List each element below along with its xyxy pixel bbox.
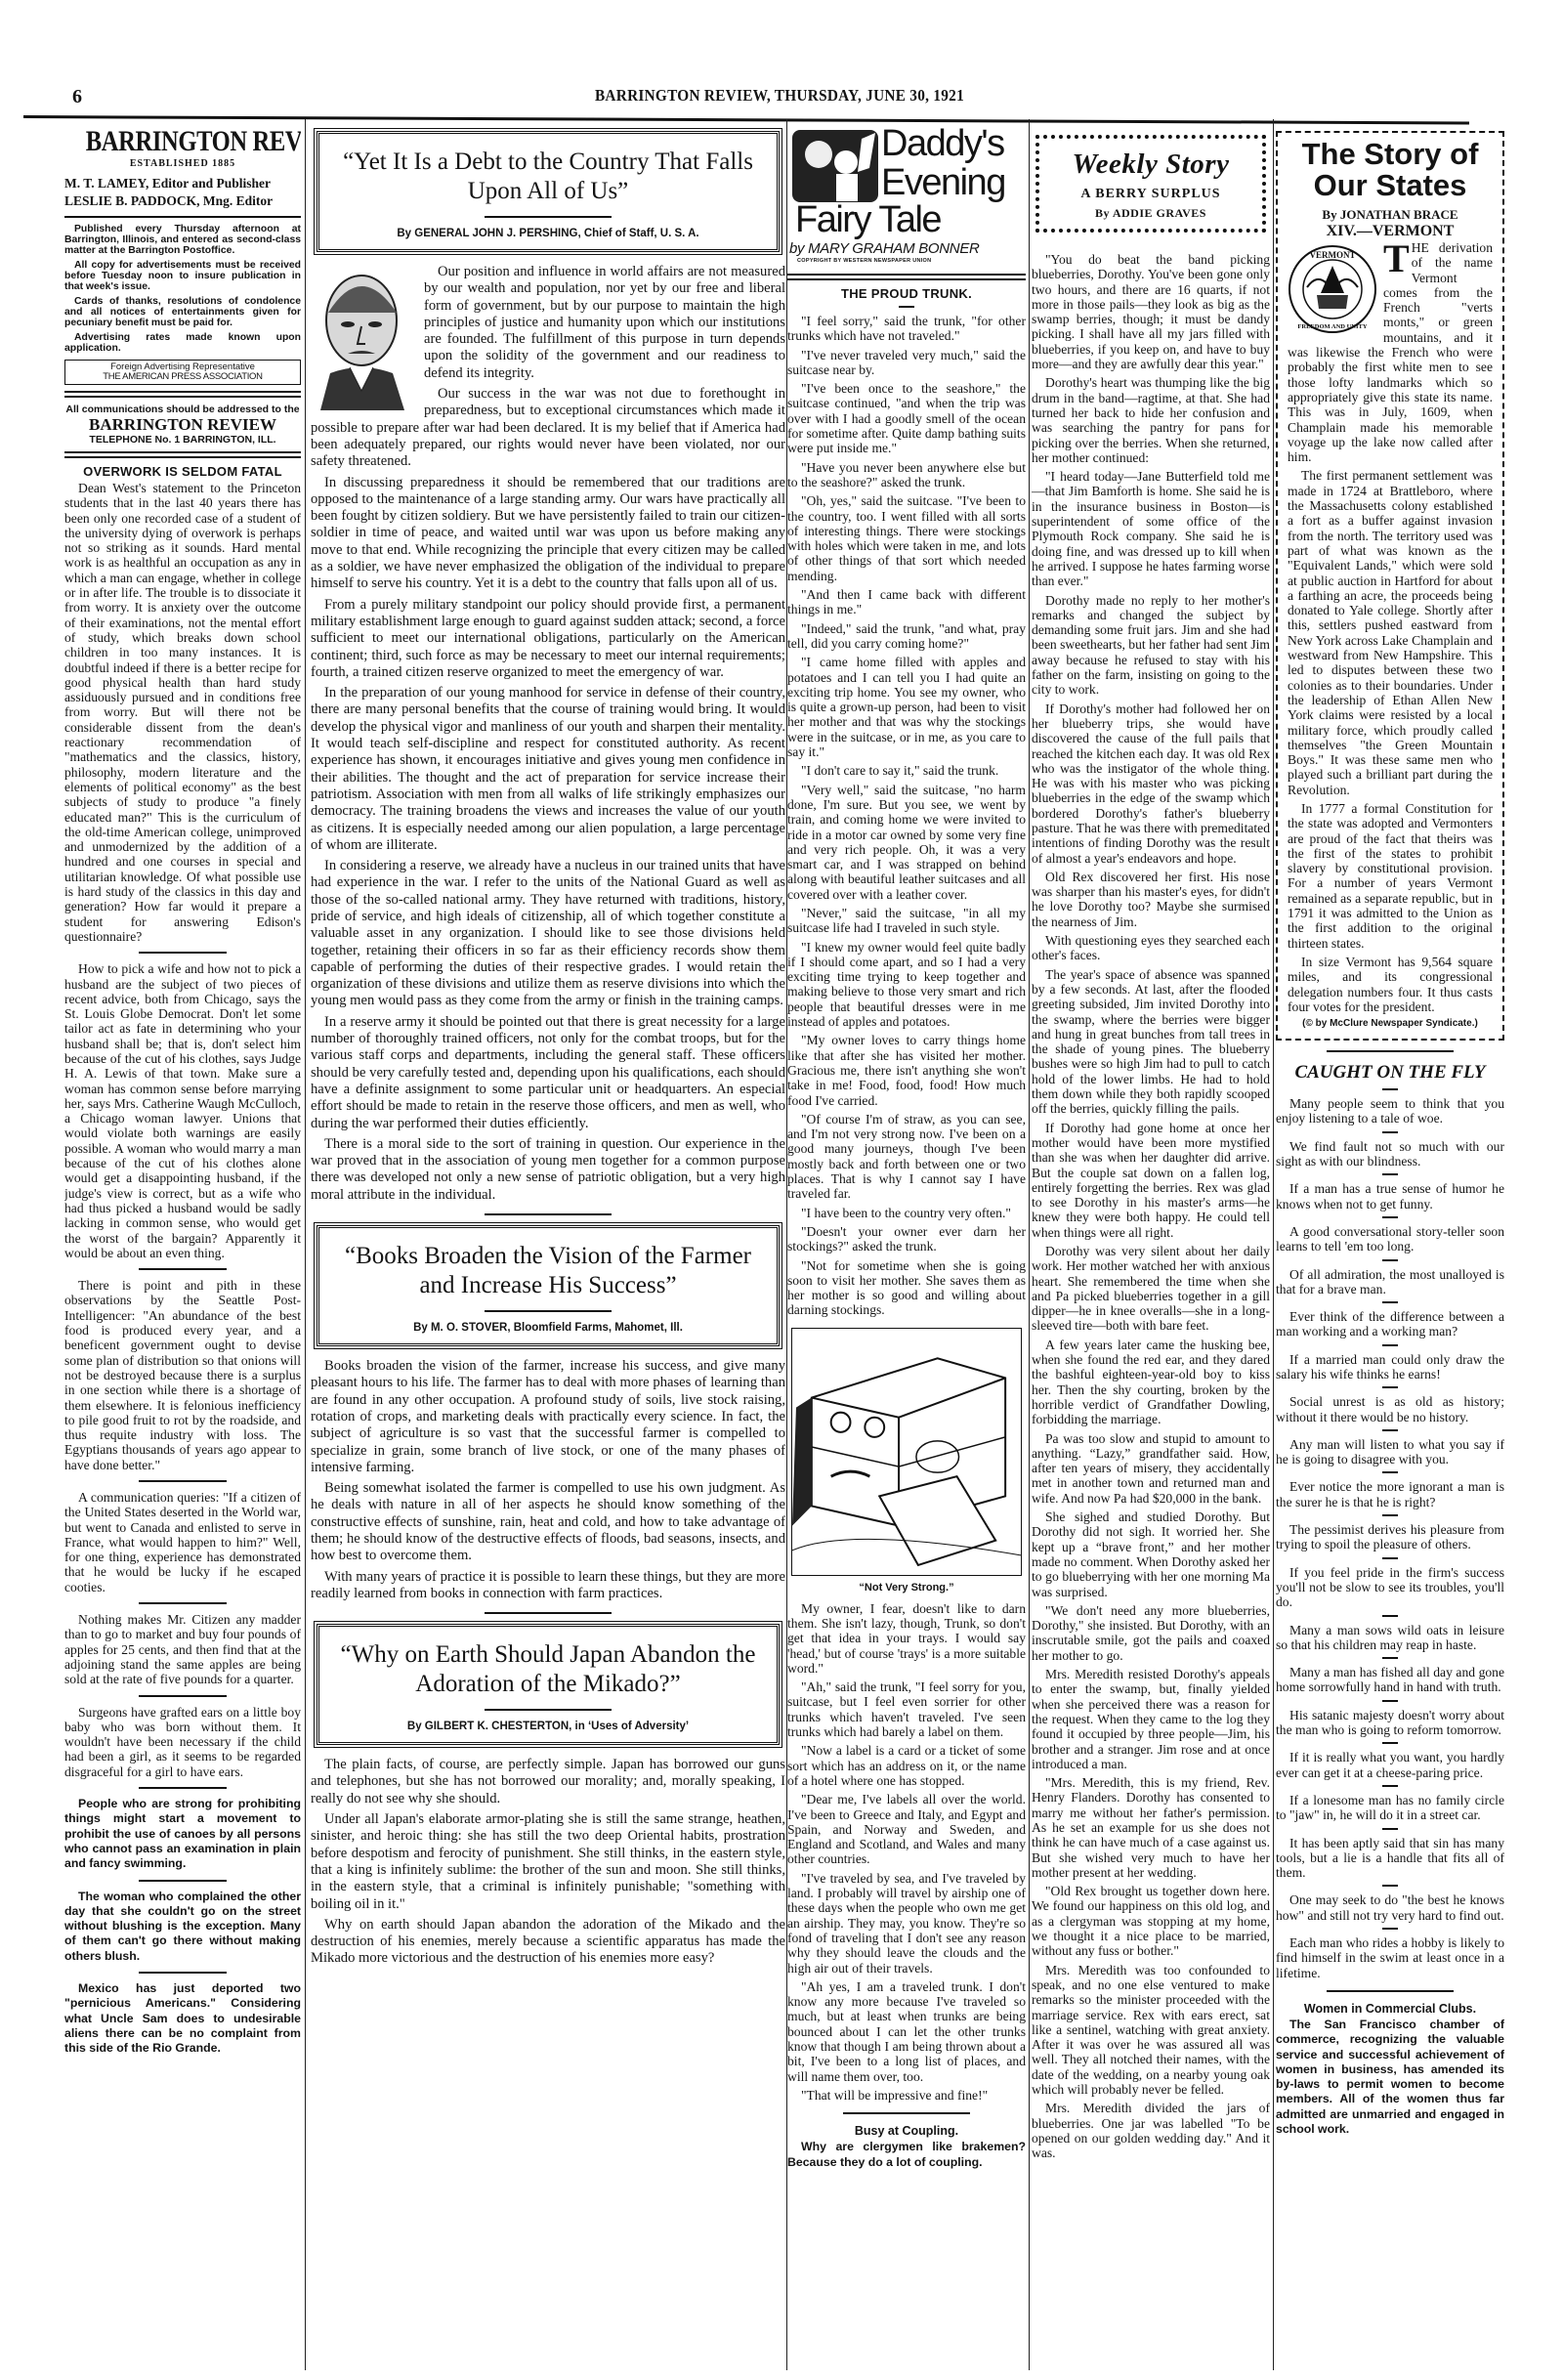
fairy-paragraph: "I've traveled by sea, and I've traveled…	[787, 1871, 1026, 1976]
quip: If you feel pride in the firm's success …	[1276, 1565, 1504, 1610]
divider	[485, 1612, 612, 1614]
weekly-paragraph: Old Rex discovered her first. His nose w…	[1032, 870, 1270, 929]
fairy-paragraph: "That will be impressive and fine!"	[787, 2088, 1026, 2103]
states-title: The Story of Our States	[1288, 139, 1493, 201]
fairy-paragraph: "I knew my owner would feel quite badly …	[787, 940, 1026, 1030]
divider	[843, 2112, 970, 2114]
communications-notice: All communications should be addressed t…	[64, 404, 301, 446]
trunk-suitcase-icon	[792, 1329, 1021, 1575]
divider	[485, 216, 612, 218]
column-states-caught: The Story of Our States By JONATHAN BRAC…	[1276, 121, 1504, 2372]
fairy-paragraph: My owner, I fear, doesn't like to darn t…	[787, 1601, 1026, 1676]
weekly-paragraph: With questioning eyes they searched each…	[1032, 933, 1270, 963]
chesterton-paragraph: The plain facts, of course, are perfectl…	[311, 1757, 785, 1807]
fairy-tale-header: Daddy's Evening Fairy Tale by MARY GRAHA…	[787, 121, 1026, 268]
states-paragraph: The first permanent settlement was made …	[1288, 468, 1493, 797]
pershing-paragraph: In discussing preparedness it should be …	[311, 475, 785, 593]
fairy-paragraph: "I've never traveled very much," said th…	[787, 348, 1026, 378]
divider	[1382, 1386, 1398, 1388]
states-box: The Story of Our States By JONATHAN BRAC…	[1276, 131, 1504, 1041]
divider	[139, 1972, 227, 1974]
weekly-story-banner-box: Weekly Story A BERRY SURPLUS By ADDIE GR…	[1035, 135, 1266, 233]
weekly-paragraph: Mrs. Meredith was too confounded to spea…	[1032, 1963, 1270, 2098]
fairy-paragraph: "And then I came back with different thi…	[787, 587, 1026, 617]
divider	[1382, 1173, 1398, 1175]
fairy-paragraph: "Not for sometime when she is going soon…	[787, 1258, 1026, 1318]
divider	[1382, 1259, 1398, 1261]
divider	[485, 1709, 612, 1711]
fairy-paragraph: "Never," said the suitcase, "in all my s…	[787, 906, 1026, 936]
quip: It has been aptly said that sin has many…	[1276, 1836, 1504, 1881]
father-child-reading-icon	[791, 129, 879, 203]
weekly-paragraph: "Old Rex brought us together down here. …	[1032, 1884, 1270, 1958]
fairy-paragraph: "I have been to the country very often."	[787, 1206, 1026, 1220]
pershing-paragraph: In considering a reserve, we already hav…	[311, 858, 785, 1010]
divider	[139, 1480, 227, 1482]
states-paragraph: In size Vermont has 9,564 square miles, …	[1288, 955, 1493, 1014]
story-title: THE PROUD TRUNK.	[787, 286, 1026, 301]
column-rule	[1029, 119, 1030, 2370]
quip: The pessimist derives his pleasure from …	[1276, 1522, 1504, 1552]
divider	[139, 952, 227, 954]
fairy-tale-title-2: Evening	[881, 164, 1005, 201]
divider	[787, 274, 1026, 280]
weekly-paragraph: Pa was too slow and stupid to amount to …	[1032, 1431, 1270, 1506]
stover-paragraph: With many years of practice it is possib…	[311, 1569, 785, 1603]
stover-byline: By M. O. STOVER, Bloomfield Farms, Mahom…	[329, 1322, 767, 1334]
divider	[139, 1268, 227, 1270]
masthead-notice: Published every Thursday afternoon at Ba…	[64, 224, 301, 256]
quip: We find fault not so much with our sight…	[1276, 1139, 1504, 1169]
divider	[1382, 1557, 1398, 1559]
divider	[64, 451, 301, 458]
divider	[1382, 1615, 1398, 1617]
vermont-seal-icon: VERMONT FREEDOM AND UNITY	[1288, 244, 1377, 334]
foreign-rep-box: Foreign Advertising Representative THE A…	[64, 360, 301, 385]
masthead-notice: All copy for advertisements must be rece…	[64, 260, 301, 292]
fairy-paragraph: "Dear me, I've labels all over the world…	[787, 1792, 1026, 1866]
foreign-rep-name: THE AMERICAN PRESS ASSOCIATION	[67, 372, 298, 382]
masthead-editor: M. T. LAMEY, Editor and Publisher	[64, 175, 301, 192]
quip: His satanic majesty doesn't worry about …	[1276, 1708, 1504, 1738]
quip: Of all admiration, the most unalloyed is…	[1276, 1267, 1504, 1297]
page-number: 6	[72, 86, 82, 108]
chesterton-paragraph: Under all Japan's elaborate armor-platin…	[311, 1811, 785, 1913]
chesterton-headline-box: “Why on Earth Should Japan Abandon the A…	[317, 1624, 780, 1745]
telephone: TELEPHONE No. 1 BARRINGTON, ILL.	[64, 434, 301, 446]
divider	[485, 1310, 612, 1312]
weekly-paragraph: Dorothy made no reply to her mother's re…	[1032, 593, 1270, 698]
divider	[1382, 1785, 1398, 1787]
pershing-portrait-icon	[311, 264, 412, 410]
quip: Any man will listen to what you say if h…	[1276, 1437, 1504, 1467]
fairy-paragraph: "My owner loves to carry things home lik…	[787, 1033, 1026, 1107]
editorial-paragraph: Surgeons have grafted ears on a little b…	[64, 1705, 301, 1779]
quip: If a married man could only draw the sal…	[1276, 1352, 1504, 1382]
weekly-paragraph: Dorothy was very silent about her daily …	[1032, 1244, 1270, 1334]
weekly-paragraph: She sighed and studied Dorothy. But Doro…	[1032, 1509, 1270, 1599]
fairy-paragraph: "Ah," said the trunk, "I feel sorry for …	[787, 1679, 1026, 1739]
states-author: By JONATHAN BRACE	[1288, 207, 1493, 223]
weekly-paragraph: Mrs. Meredith divided the jars of bluebe…	[1032, 2101, 1270, 2160]
pershing-paragraph: From a purely military standpoint our po…	[311, 597, 785, 681]
quip: If a man has a true sense of humor he kn…	[1276, 1181, 1504, 1211]
fairy-paragraph: "I feel sorry," said the trunk, "for oth…	[787, 314, 1026, 344]
fairy-tale-title-1: Daddy's	[881, 125, 1004, 162]
divider	[139, 1695, 227, 1697]
divider	[1382, 1514, 1398, 1516]
weekly-paragraph: The year's space of absence was spanned …	[1032, 967, 1270, 1117]
weekly-paragraph: A few years later came the husking bee, …	[1032, 1338, 1270, 1427]
divider	[1382, 1657, 1398, 1659]
stover-paragraph: Being somewhat isolated the farmer is co…	[311, 1480, 785, 1564]
weekly-paragraph: Dorothy's heart was thumping like the bi…	[1032, 375, 1270, 465]
divider	[1382, 1885, 1398, 1887]
pershing-headline-box: “Yet It Is a Debt to the Country That Fa…	[317, 131, 780, 252]
dateline: BARRINGTON REVIEW, THURSDAY, JUNE 30, 19…	[138, 86, 1421, 106]
masthead-notice: Cards of thanks, resolutions of condolen…	[64, 296, 301, 328]
divider	[64, 391, 301, 398]
chesterton-byline: By GILBERT K. CHESTERTON, in ‘Uses of Ad…	[329, 1721, 767, 1732]
weekly-paragraph: "I heard today—Jane Butterfield told me—…	[1032, 469, 1270, 588]
fairy-paragraph: "I've been once to the seashore," the su…	[787, 381, 1026, 455]
weekly-paragraph: "Mrs. Meredith, this is my friend, Rev. …	[1032, 1775, 1270, 1880]
masthead-notice: Advertising rates made known upon applic…	[64, 332, 301, 354]
divider	[139, 1602, 227, 1604]
divider	[1382, 1301, 1398, 1303]
column-fairy-tale: Daddy's Evening Fairy Tale by MARY GRAHA…	[787, 121, 1026, 2372]
weekly-story-author: By ADDIE GRAVES	[1047, 206, 1254, 221]
pershing-paragraph: In a reserve army it should be pointed o…	[311, 1014, 785, 1132]
quip: One may seek to do "the best he knows ho…	[1276, 1892, 1504, 1923]
communications-paper-name: BARRINGTON REVIEW	[64, 415, 301, 434]
editorial-paragraph: People who are strong for prohibiting th…	[64, 1797, 301, 1871]
weekly-paragraph: If Dorothy had gone home at once her mot…	[1032, 1121, 1270, 1240]
editorial-paragraph: Dean West's statement to the Princeton s…	[64, 481, 301, 944]
pershing-headline: “Yet It Is a Debt to the Country That Fa…	[329, 148, 767, 206]
divider	[1327, 1990, 1454, 1992]
quip: If it is really what you want, you hardl…	[1276, 1750, 1504, 1780]
club-title: Women in Commercial Clubs.	[1276, 2002, 1504, 2016]
masthead-established: ESTABLISHED 1885	[64, 158, 301, 169]
dropcap: T	[1383, 242, 1410, 276]
editorial-paragraph: How to pick a wife and how not to pick a…	[64, 961, 301, 1260]
joke-title: Busy at Coupling.	[787, 2124, 1026, 2138]
column-rule	[1273, 119, 1274, 2370]
chesterton-paragraph: Why on earth should Japan abandon the ad…	[311, 1917, 785, 1968]
divider	[1382, 1928, 1398, 1930]
editorial-paragraph: Nothing makes Mr. Citizen any madder tha…	[64, 1612, 301, 1686]
fairy-paragraph: "Very well," said the suitcase, "no harm…	[787, 783, 1026, 902]
quip: If a lonesome man has no family circle t…	[1276, 1793, 1504, 1823]
divider	[485, 1213, 612, 1215]
pershing-byline: By GENERAL JOHN J. PERSHING, Chief of St…	[329, 228, 767, 239]
fairy-paragraph: "Of course I'm of straw, as you can see,…	[787, 1112, 1026, 1202]
divider	[1382, 1344, 1398, 1346]
editorial-headline: OVERWORK IS SELDOM FATAL	[64, 464, 301, 479]
divider	[1382, 1742, 1398, 1744]
weekly-paragraph: If Dorothy's mother had followed her on …	[1032, 701, 1270, 866]
states-paragraph: In 1777 a formal Constitution for the st…	[1288, 801, 1493, 951]
joke-body: Why are clergymen like brakemen? Because…	[787, 2140, 1026, 2170]
fairy-paragraph: "Indeed," said the trunk, "and what, pra…	[787, 621, 1026, 652]
quip: Ever notice the more ignorant a man is t…	[1276, 1479, 1504, 1509]
divider	[64, 216, 301, 218]
quip: Many people seem to think that you enjoy…	[1276, 1096, 1504, 1126]
masthead-managing-editor: LESLIE B. PADDOCK, Mng. Editor	[64, 192, 301, 210]
column-rule	[305, 119, 306, 2370]
divider	[899, 306, 914, 308]
club-body: The San Francisco chamber of commerce, r…	[1276, 2018, 1504, 2137]
column-essays: “Yet It Is a Debt to the Country That Fa…	[311, 121, 785, 2372]
fairy-paragraph: "Now a label is a card or a ticket of so…	[787, 1743, 1026, 1788]
fairy-tale-title-3: Fairy Tale	[795, 201, 941, 238]
quip: Ever think of the difference between a m…	[1276, 1309, 1504, 1339]
caught-title: CAUGHT ON THE FLY	[1276, 1062, 1504, 1084]
column-masthead-editorials: BARRINGTON REVIEW ESTABLISHED 1885 M. T.…	[64, 121, 301, 2372]
weekly-paragraph: "We don't need any more blueberries, Dor…	[1032, 1603, 1270, 1663]
quip: Many a man has fished all day and gone h…	[1276, 1665, 1504, 1695]
svg-text:FREEDOM AND UNITY: FREEDOM AND UNITY	[1297, 323, 1367, 330]
illustration-caption: “Not Very Strong.”	[787, 1582, 1026, 1594]
fairy-paragraph: "I don't care to say it," said the trunk…	[787, 763, 1026, 778]
divider	[1382, 1828, 1398, 1830]
editorial-paragraph: A communication queries: "If a citizen o…	[64, 1490, 301, 1594]
editorial-paragraph: The woman who complained the other day t…	[64, 1890, 301, 1964]
states-subtitle: XIV.—VERMONT	[1288, 223, 1493, 240]
divider	[1382, 1131, 1398, 1133]
fairy-paragraph: "I came home filled with apples and pota…	[787, 655, 1026, 759]
quip: Many a man sows wild oats in leisure so …	[1276, 1623, 1504, 1653]
newspaper-page: 6 BARRINGTON REVIEW, THURSDAY, JUNE 30, …	[0, 0, 1563, 2380]
quip: Each man who rides a hobby is likely to …	[1276, 1935, 1504, 1980]
fairy-paragraph: "Doesn't your owner ever darn her stocki…	[787, 1224, 1026, 1254]
syndicate-credit: (© by McClure Newspaper Syndicate.)	[1288, 1018, 1493, 1029]
quip: A good conversational story-teller soon …	[1276, 1224, 1504, 1254]
editorial-paragraph: There is point and pith in these observa…	[64, 1278, 301, 1472]
divider	[1382, 1216, 1398, 1218]
masthead-title: BARRINGTON REVIEW	[86, 125, 279, 158]
pershing-paragraph: In the preparation of our young manhood …	[311, 685, 785, 854]
fairy-paragraph: "Have you never been anywhere else but t…	[787, 460, 1026, 490]
stover-headline-box: “Books Broaden the Vision of the Farmer …	[317, 1225, 780, 1346]
stover-paragraph: Books broaden the vision of the farmer, …	[311, 1358, 785, 1476]
stover-headline: “Books Broaden the Vision of the Farmer …	[329, 1242, 767, 1300]
fairy-paragraph: "Oh, yes," said the suitcase. "I've been…	[787, 493, 1026, 583]
trunk-illustration	[791, 1328, 1022, 1576]
communications-line: All communications should be addressed t…	[64, 404, 301, 415]
fairy-tale-copyright: COPYRIGHT BY WESTERN NEWSPAPER UNION	[797, 258, 931, 264]
editorial-paragraph: Mexico has just deported two "pernicious…	[64, 1981, 301, 2056]
weekly-story-banner: Weekly Story	[1047, 149, 1254, 181]
chesterton-headline: “Why on Earth Should Japan Abandon the A…	[329, 1640, 767, 1699]
pershing-paragraph: There is a moral side to the sort of tra…	[311, 1136, 785, 1204]
divider	[1382, 1700, 1398, 1702]
svg-text:VERMONT: VERMONT	[1310, 250, 1356, 260]
divider	[1382, 1429, 1398, 1431]
weekly-paragraph: Mrs. Meredith resisted Dorothy's appeals…	[1032, 1667, 1270, 1771]
divider	[1327, 1050, 1454, 1052]
quip: Social unrest is as old as history; with…	[1276, 1394, 1504, 1424]
divider	[139, 1787, 227, 1789]
divider	[1382, 1471, 1398, 1473]
divider	[139, 1880, 227, 1882]
weekly-paragraph: "You do beat the band picking blueberrie…	[1032, 252, 1270, 371]
column-weekly-story: Weekly Story A BERRY SURPLUS By ADDIE GR…	[1032, 121, 1270, 2372]
divider	[1382, 1088, 1398, 1090]
weekly-story-title: A BERRY SURPLUS	[1047, 187, 1254, 202]
fairy-tale-author: by MARY GRAHAM BONNER	[789, 240, 980, 257]
page-header: 6 BARRINGTON REVIEW, THURSDAY, JUNE 30, …	[66, 86, 1493, 115]
fairy-paragraph: "Ah yes, I am a traveled trunk. I don't …	[787, 1979, 1026, 2084]
